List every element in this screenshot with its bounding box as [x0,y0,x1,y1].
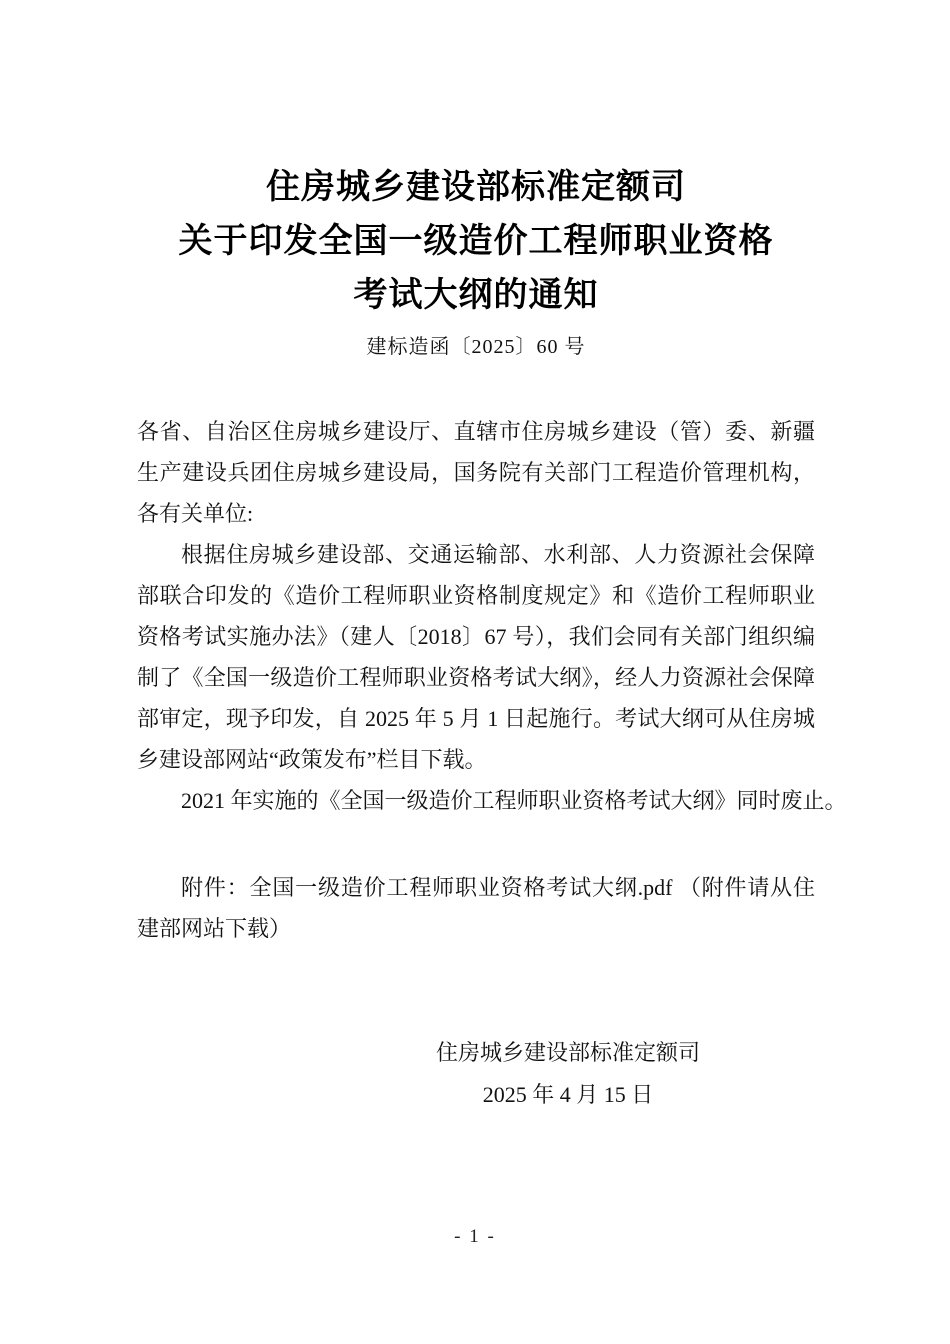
title-line-1: 住房城乡建设部标准定额司 [137,161,815,215]
document-body: 各省、自治区住房城乡建设厅、直辖市住房城乡建设（管）委、新疆生产建设兵团住房城乡… [137,411,815,949]
document-title: 住房城乡建设部标准定额司 关于印发全国一级造价工程师职业资格 考试大纲的通知 [137,0,815,323]
document-content: 住房城乡建设部标准定额司 关于印发全国一级造价工程师职业资格 考试大纲的通知 建… [0,0,950,1116]
attachment-line: 附件：全国一级造价工程师职业资格考试大纲.pdf （附件请从住建部网站下载） [137,867,815,949]
page-number: - 1 - [0,1226,950,1248]
document-page: 住房城乡建设部标准定额司 关于印发全国一级造价工程师职业资格 考试大纲的通知 建… [0,0,950,1344]
doc-number: 建标造函〔2025〕60 号 [137,333,815,361]
title-line-3: 考试大纲的通知 [137,269,815,323]
title-line-2: 关于印发全国一级造价工程师职业资格 [137,215,815,269]
signature-org: 住房城乡建设部标准定额司 [436,1032,700,1074]
salutation: 各省、自治区住房城乡建设厅、直辖市住房城乡建设（管）委、新疆生产建设兵团住房城乡… [137,411,815,534]
paragraph-1: 根据住房城乡建设部、交通运输部、水利部、人力资源社会保障部联合印发的《造价工程师… [137,534,815,780]
signature-date: 2025 年 4 月 15 日 [436,1074,700,1116]
signature-block: 住房城乡建设部标准定额司 2025 年 4 月 15 日 [436,1032,700,1116]
paragraph-2: 2021 年实施的《全国一级造价工程师职业资格考试大纲》同时废止。 [137,780,815,821]
